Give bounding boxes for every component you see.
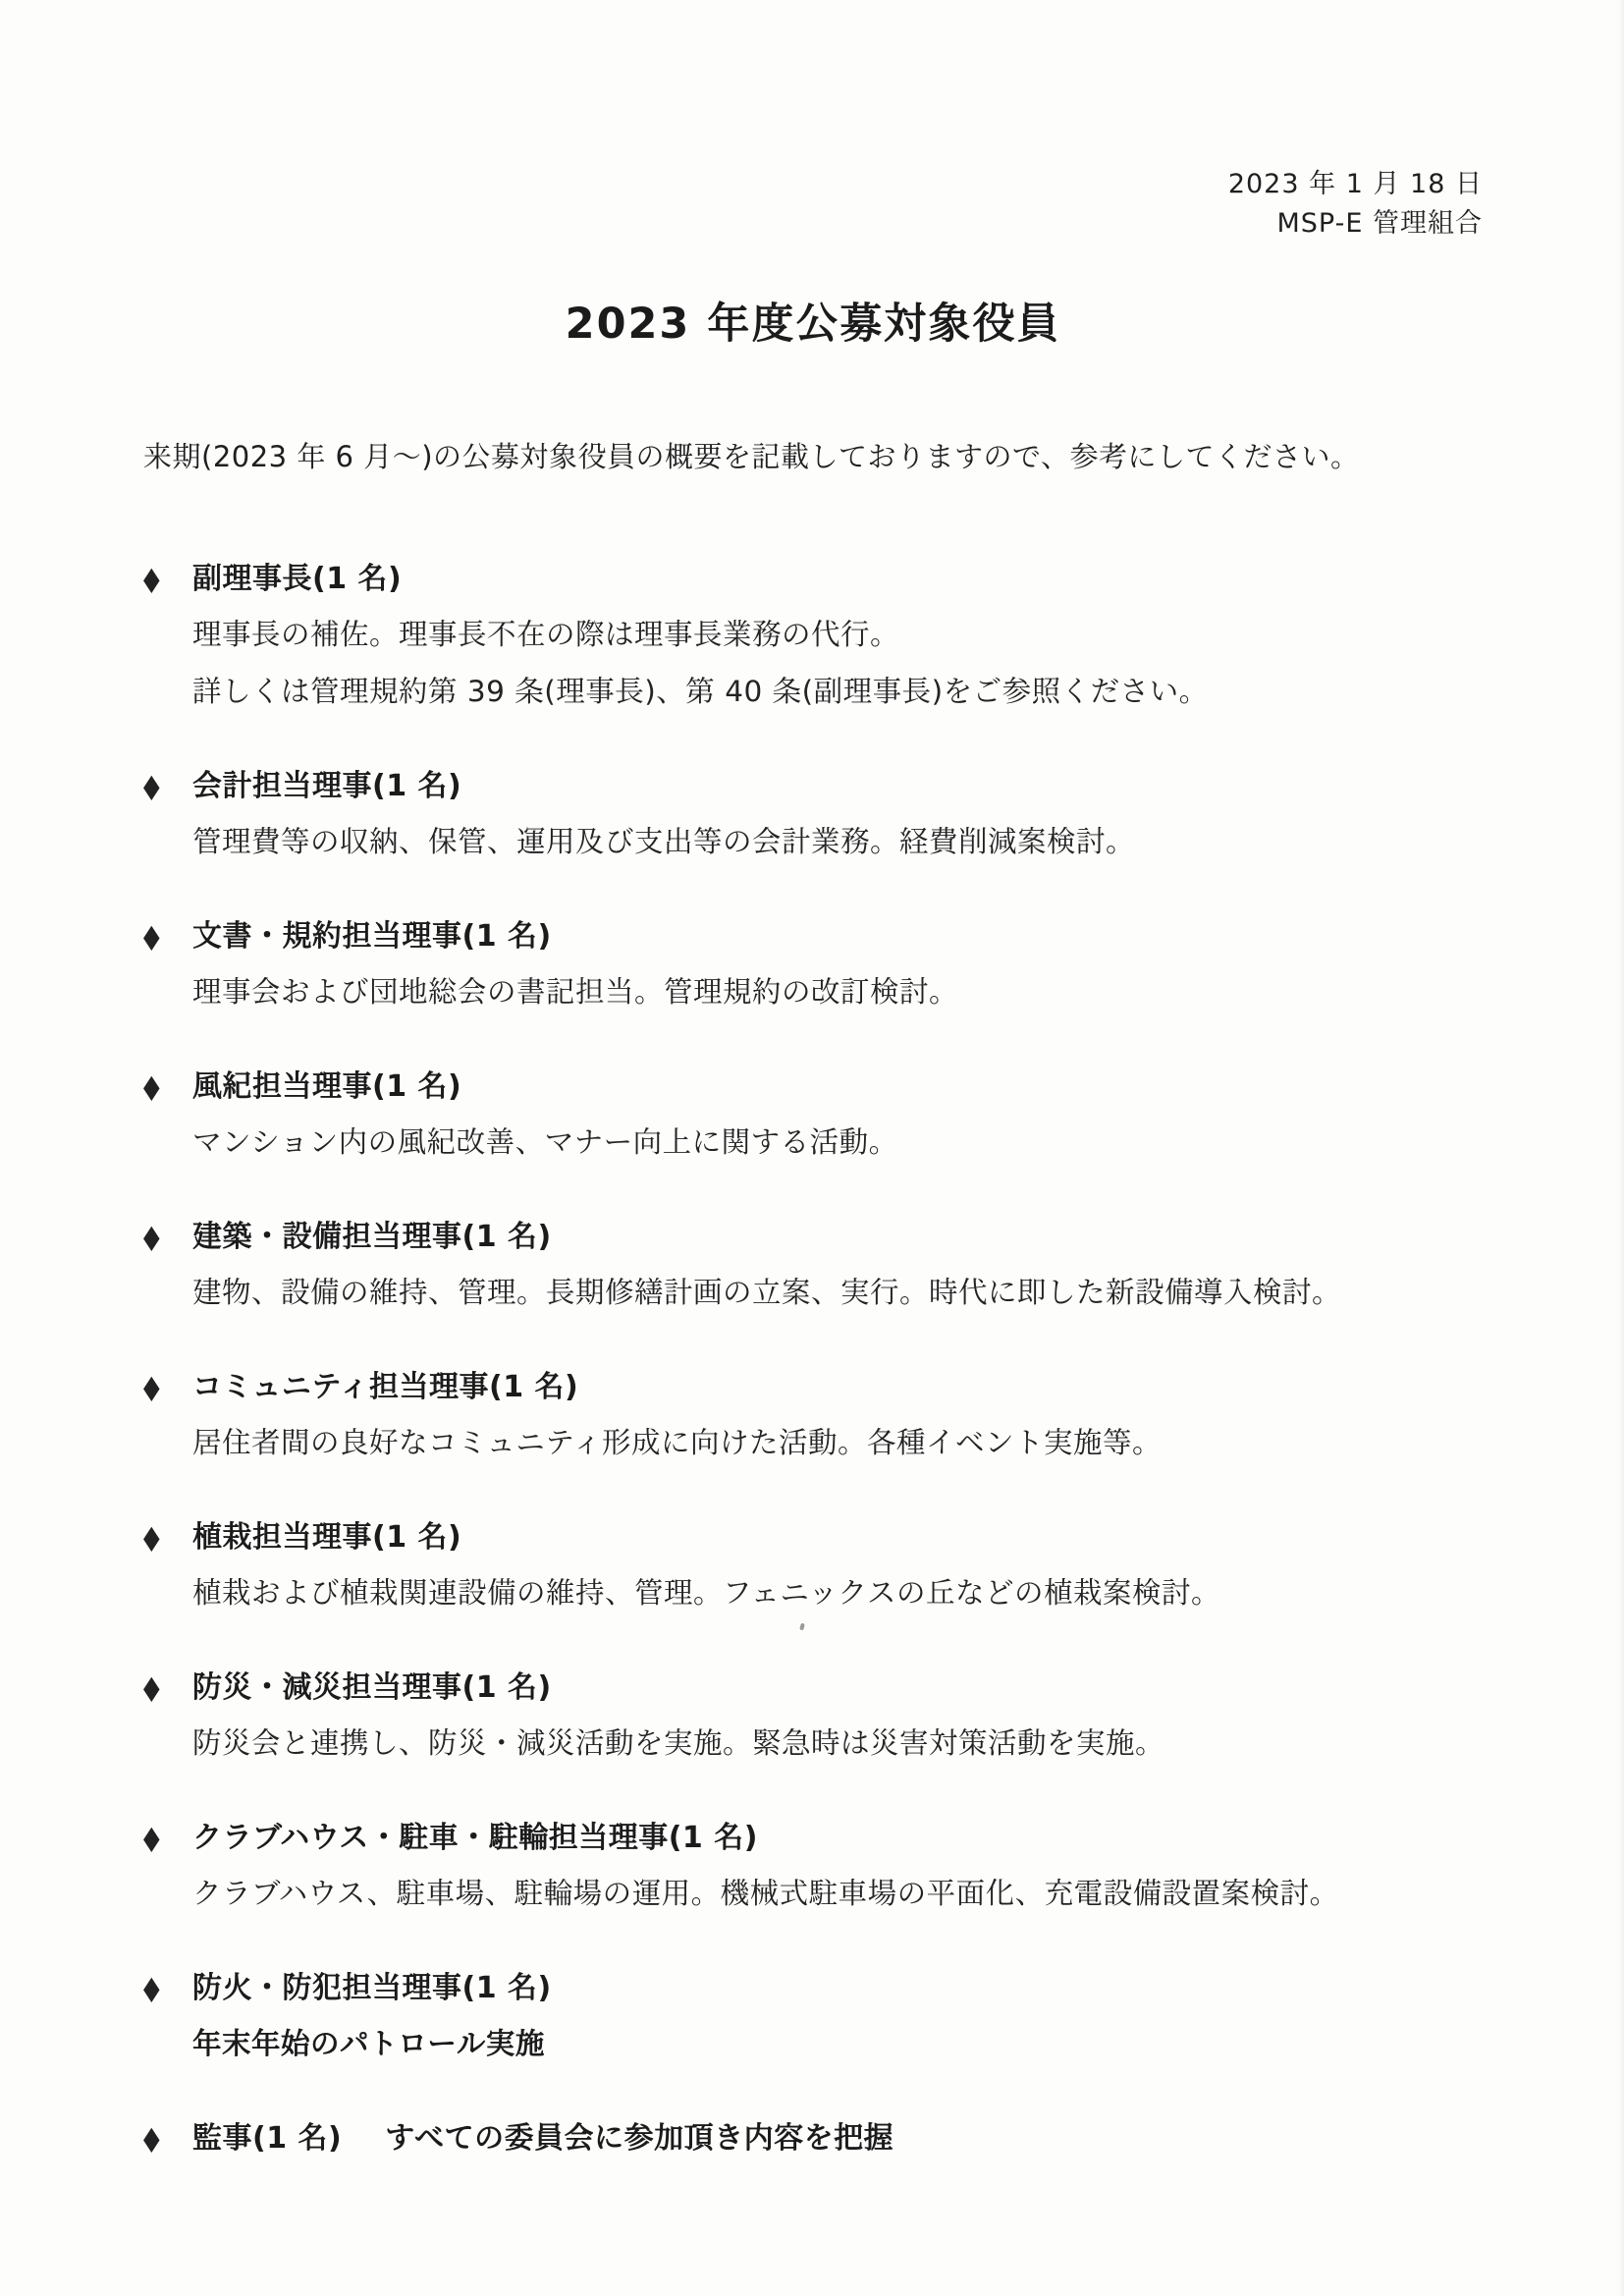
- role-section: ◆ 防火・防犯担当理事(1 名) 年末年始のパトロール実施: [143, 1968, 1483, 2066]
- role-section: ◆ 風紀担当理事(1 名) マンション内の風紀改善、マナー向上に関する活動。: [143, 1066, 1483, 1165]
- role-body: 防災会と連携し、防災・減災活動を実施。緊急時は災害対策活動を実施。: [192, 1721, 1483, 1766]
- diamond-bullet-icon: ◆: [143, 557, 179, 602]
- role-heading: 防火・防犯担当理事(1 名): [192, 1968, 1483, 2009]
- role-content: 監事(1 名)すべての委員会に参加頂き内容を把握: [192, 2118, 1483, 2159]
- role-heading: 文書・規約担当理事(1 名): [192, 916, 1483, 957]
- role-heading-text: 監事(1 名): [192, 2121, 342, 2156]
- diamond-bullet-icon: ◆: [143, 1065, 179, 1110]
- document-organization: MSP-E 管理組合: [143, 204, 1483, 244]
- role-description-line: 理事長の補佐。理事長不在の際は理事長業務の代行。: [192, 612, 1483, 657]
- role-section: ◆ 植栽担当理事(1 名) 植栽および植栽関連設備の維持、管理。フェニックスの丘…: [143, 1517, 1483, 1615]
- role-section: ◆ 会計担当理事(1 名) 管理費等の収納、保管、運用及び支出等の会計業務。経費…: [143, 766, 1483, 864]
- diamond-bullet-icon: ◆: [143, 1816, 179, 1861]
- role-body: 植栽および植栽関連設備の維持、管理。フェニックスの丘などの植栽案検討。: [192, 1570, 1483, 1615]
- role-heading-text: 防災・減災担当理事(1 名): [192, 1670, 552, 1705]
- role-description-line: 理事会および団地総会の書記担当。管理規約の改訂検討。: [192, 969, 1483, 1014]
- role-content: クラブハウス・駐車・駐輪担当理事(1 名) クラブハウス、駐車場、駐輪場の運用。…: [192, 1818, 1483, 1916]
- role-section: ◆ 建築・設備担当理事(1 名) 建物、設備の維持、管理。長期修繕計画の立案、実…: [143, 1217, 1483, 1315]
- role-content: 建築・設備担当理事(1 名) 建物、設備の維持、管理。長期修繕計画の立案、実行。…: [192, 1217, 1483, 1315]
- role-heading-text: 植栽担当理事(1 名): [192, 1520, 461, 1555]
- diamond-bullet-icon: ◆: [143, 1515, 179, 1560]
- diamond-bullet-icon: ◆: [143, 1666, 179, 1711]
- role-content: 風紀担当理事(1 名) マンション内の風紀改善、マナー向上に関する活動。: [192, 1066, 1483, 1165]
- role-description-line: 防災会と連携し、防災・減災活動を実施。緊急時は災害対策活動を実施。: [192, 1721, 1483, 1766]
- role-heading-text: 防火・防犯担当理事(1 名): [192, 1971, 552, 2005]
- intro-paragraph: 来期(2023 年 6 月～)の公募対象役員の概要を記載しておりますので、参考に…: [143, 435, 1483, 478]
- role-heading-text: クラブハウス・駐車・駐輪担当理事(1 名): [192, 1821, 758, 1855]
- role-section: ◆ 副理事長(1 名) 理事長の補佐。理事長不在の際は理事長業務の代行。詳しくは…: [143, 559, 1483, 714]
- role-section: ◆ 防災・減災担当理事(1 名) 防災会と連携し、防災・減災活動を実施。緊急時は…: [143, 1667, 1483, 1766]
- role-description-line: 詳しくは管理規約第 39 条(理事長)、第 40 条(副理事長)をご参照ください…: [192, 669, 1483, 714]
- role-content: 植栽担当理事(1 名) 植栽および植栽関連設備の維持、管理。フェニックスの丘など…: [192, 1517, 1483, 1615]
- role-heading: 建築・設備担当理事(1 名): [192, 1217, 1483, 1258]
- role-heading: コミュニティ担当理事(1 名): [192, 1367, 1483, 1408]
- role-body: 理事会および団地総会の書記担当。管理規約の改訂検討。: [192, 969, 1483, 1014]
- role-body: マンション内の風紀改善、マナー向上に関する活動。: [192, 1120, 1483, 1165]
- role-section: ◆ 文書・規約担当理事(1 名) 理事会および団地総会の書記担当。管理規約の改訂…: [143, 916, 1483, 1014]
- role-heading-text: コミュニティ担当理事(1 名): [192, 1370, 578, 1404]
- role-description-line: 植栽および植栽関連設備の維持、管理。フェニックスの丘などの植栽案検討。: [192, 1570, 1483, 1615]
- role-description-line: 年末年始のパトロール実施: [192, 2021, 1483, 2066]
- role-content: コミュニティ担当理事(1 名) 居住者間の良好なコミュニティ形成に向けた活動。各…: [192, 1367, 1483, 1465]
- diamond-bullet-icon: ◆: [143, 2116, 179, 2161]
- role-section: ◆ 監事(1 名)すべての委員会に参加頂き内容を把握: [143, 2118, 1483, 2159]
- role-description-line: クラブハウス、駐車場、駐輪場の運用。機械式駐車場の平面化、充電設備設置案検討。: [192, 1871, 1483, 1916]
- scan-edge-shadow: [1619, 0, 1624, 2296]
- role-heading: 防災・減災担当理事(1 名): [192, 1667, 1483, 1709]
- role-body: 管理費等の収納、保管、運用及び支出等の会計業務。経費削減案検討。: [192, 819, 1483, 864]
- role-heading-text: 文書・規約担当理事(1 名): [192, 919, 552, 954]
- role-heading: 植栽担当理事(1 名): [192, 1517, 1483, 1558]
- role-heading-text: 建築・設備担当理事(1 名): [192, 1220, 552, 1254]
- page-title: 2023 年度公募対象役員: [143, 291, 1483, 351]
- document-date: 2023 年 1 月 18 日: [143, 165, 1483, 204]
- role-body: クラブハウス、駐車場、駐輪場の運用。機械式駐車場の平面化、充電設備設置案検討。: [192, 1871, 1483, 1916]
- diamond-bullet-icon: ◆: [143, 1215, 179, 1260]
- role-heading: 会計担当理事(1 名): [192, 766, 1483, 807]
- role-heading-note: すべての委員会に参加頂き内容を把握: [385, 2121, 893, 2156]
- role-body: 理事長の補佐。理事長不在の際は理事長業務の代行。詳しくは管理規約第 39 条(理…: [192, 612, 1483, 714]
- role-description-line: 管理費等の収納、保管、運用及び支出等の会計業務。経費削減案検討。: [192, 819, 1483, 864]
- role-heading-text: 会計担当理事(1 名): [192, 769, 461, 803]
- diamond-bullet-icon: ◆: [143, 914, 179, 959]
- role-section: ◆ クラブハウス・駐車・駐輪担当理事(1 名) クラブハウス、駐車場、駐輪場の運…: [143, 1818, 1483, 1916]
- role-body: 年末年始のパトロール実施: [192, 2021, 1483, 2066]
- role-content: 文書・規約担当理事(1 名) 理事会および団地総会の書記担当。管理規約の改訂検討…: [192, 916, 1483, 1014]
- role-body: 居住者間の良好なコミュニティ形成に向けた活動。各種イベント実施等。: [192, 1420, 1483, 1465]
- role-content: 副理事長(1 名) 理事長の補佐。理事長不在の際は理事長業務の代行。詳しくは管理…: [192, 559, 1483, 714]
- role-section: ◆ コミュニティ担当理事(1 名) 居住者間の良好なコミュニティ形成に向けた活動…: [143, 1367, 1483, 1465]
- role-heading: 監事(1 名)すべての委員会に参加頂き内容を把握: [192, 2118, 1483, 2159]
- role-body: 建物、設備の維持、管理。長期修繕計画の立案、実行。時代に即した新設備導入検討。: [192, 1270, 1483, 1315]
- role-heading-text: 風紀担当理事(1 名): [192, 1069, 461, 1104]
- role-content: 会計担当理事(1 名) 管理費等の収納、保管、運用及び支出等の会計業務。経費削減…: [192, 766, 1483, 864]
- role-description-line: 建物、設備の維持、管理。長期修繕計画の立案、実行。時代に即した新設備導入検討。: [192, 1270, 1483, 1315]
- role-description-line: 居住者間の良好なコミュニティ形成に向けた活動。各種イベント実施等。: [192, 1420, 1483, 1465]
- role-content: 防災・減災担当理事(1 名) 防災会と連携し、防災・減災活動を実施。緊急時は災害…: [192, 1667, 1483, 1766]
- role-heading: 副理事長(1 名): [192, 559, 1483, 600]
- document-page: 2023 年 1 月 18 日 MSP-E 管理組合 2023 年度公募対象役員…: [0, 0, 1624, 2296]
- role-heading: クラブハウス・駐車・駐輪担当理事(1 名): [192, 1818, 1483, 1859]
- role-content: 防火・防犯担当理事(1 名) 年末年始のパトロール実施: [192, 1968, 1483, 2066]
- diamond-bullet-icon: ◆: [143, 1365, 179, 1410]
- role-sections-list: ◆ 副理事長(1 名) 理事長の補佐。理事長不在の際は理事長業務の代行。詳しくは…: [143, 559, 1483, 2159]
- document-header: 2023 年 1 月 18 日 MSP-E 管理組合: [143, 165, 1483, 244]
- diamond-bullet-icon: ◆: [143, 1966, 179, 2011]
- role-heading-text: 副理事長(1 名): [192, 562, 402, 596]
- role-description-line: マンション内の風紀改善、マナー向上に関する活動。: [192, 1120, 1483, 1165]
- role-heading: 風紀担当理事(1 名): [192, 1066, 1483, 1108]
- diamond-bullet-icon: ◆: [143, 764, 179, 809]
